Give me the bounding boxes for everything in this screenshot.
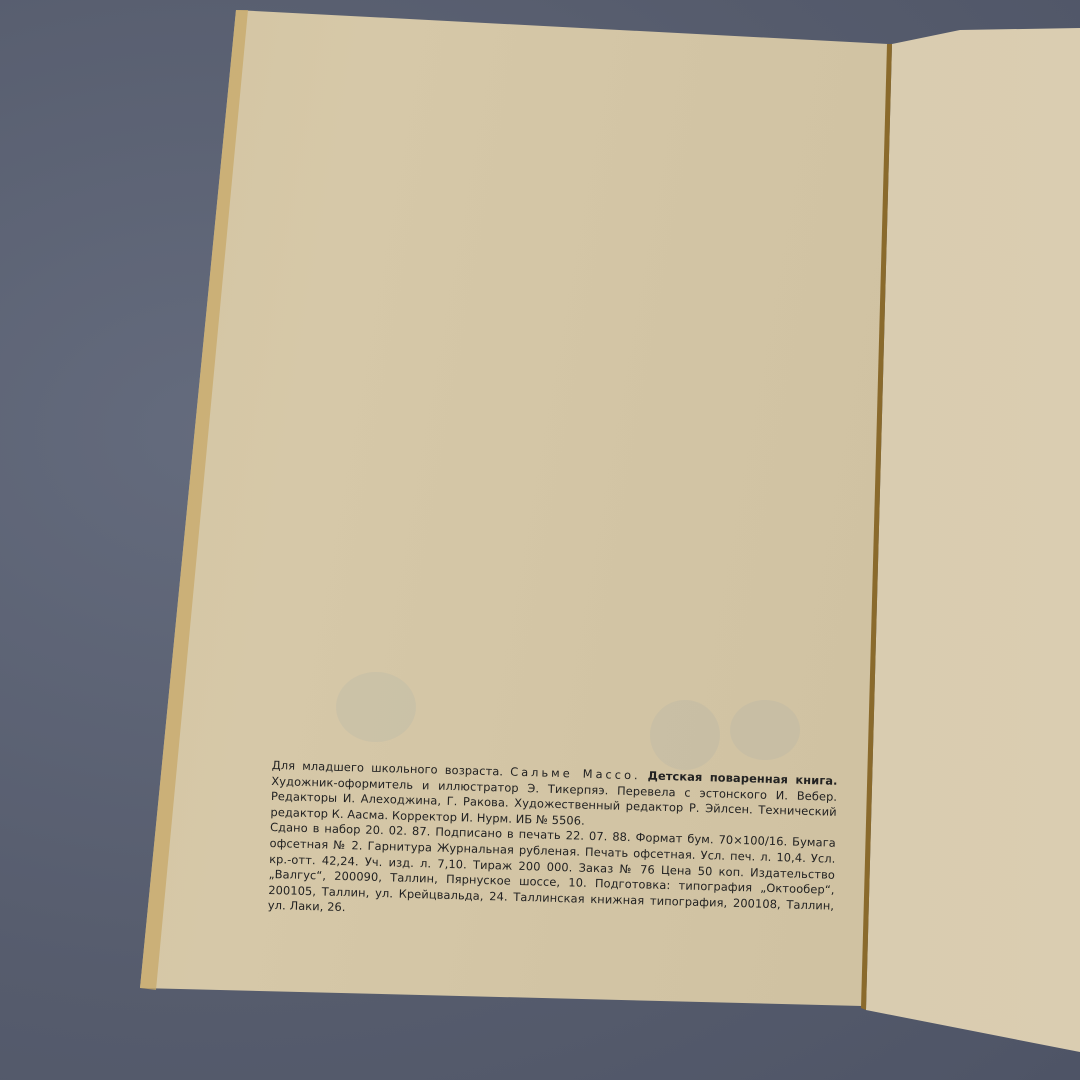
show-through-illustration-left [336,672,416,742]
author-name: Сальме Массо. [510,765,641,783]
show-through-illustration-right [650,700,720,770]
show-through-illustration-right-2 [730,700,800,760]
colophon-text-block: Для младшего школьного возраста. Сальме … [268,758,838,930]
colophon-print-details: Сдано в набор 20. 02. 87. Подписано в пе… [268,820,836,929]
